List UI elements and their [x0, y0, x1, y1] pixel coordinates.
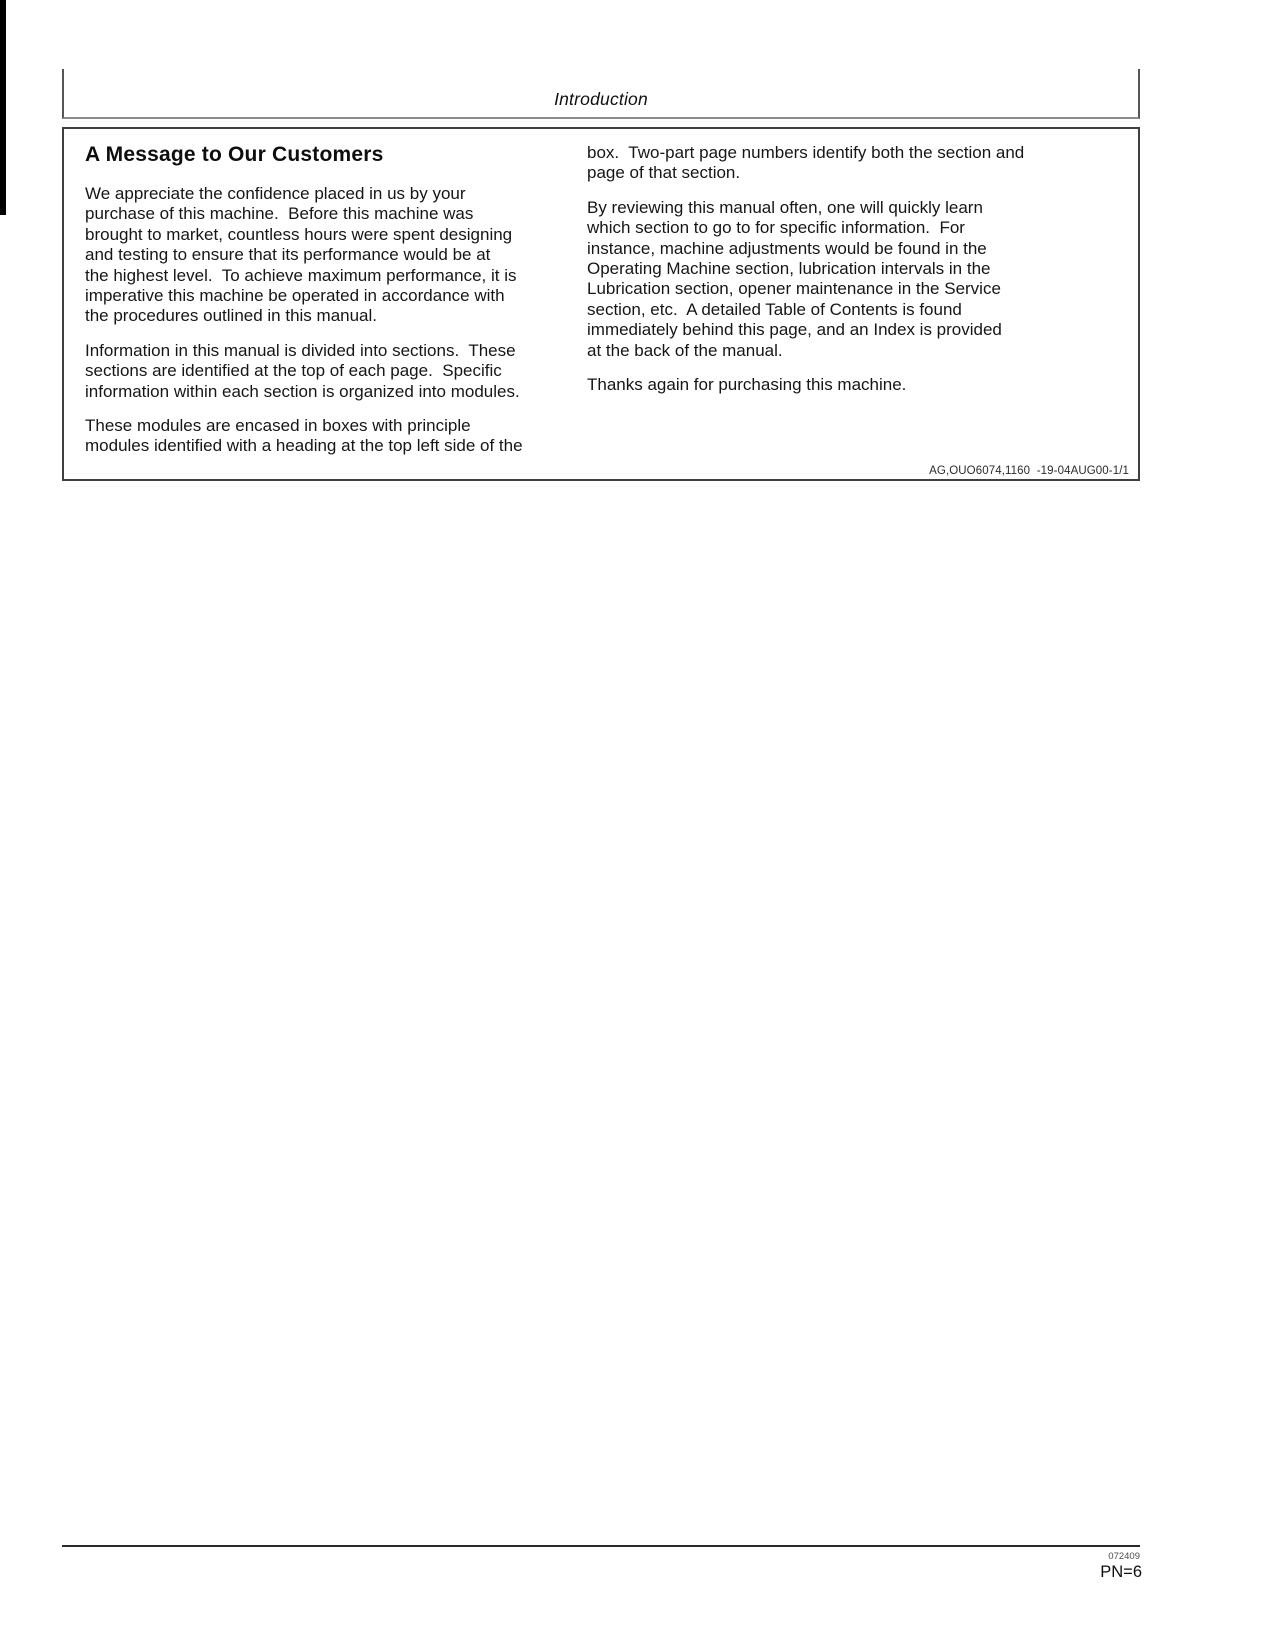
paragraph: These modules are encased in boxes with … [85, 416, 568, 457]
paragraph: We appreciate the confidence placed in u… [85, 184, 568, 327]
paragraph: box. Two-part page numbers identify both… [587, 143, 1109, 184]
left-column: A Message to Our Customers We appreciate… [85, 143, 568, 479]
running-header: Introduction [62, 69, 1140, 119]
paragraph: Information in this manual is divided in… [85, 341, 568, 402]
footer-rule [62, 1545, 1140, 1547]
paragraph: By reviewing this manual often, one will… [587, 198, 1109, 361]
manual-page: Introduction A Message to Our Customers … [0, 0, 1275, 1650]
message-box-content: A Message to Our Customers We appreciate… [64, 129, 1138, 479]
module-title: A Message to Our Customers [85, 143, 568, 167]
message-module-box: A Message to Our Customers We appreciate… [62, 127, 1140, 481]
paragraph: Thanks again for purchasing this machine… [587, 375, 1109, 395]
page-edge-registration-mark [0, 0, 6, 215]
section-header-title: Introduction [554, 89, 648, 110]
right-column: box. Two-part page numbers identify both… [587, 143, 1109, 479]
footer-page-number: PN=6 [1100, 1563, 1142, 1582]
module-document-code: AG,OUO6074,1160 -19-04AUG00-1/1 [929, 465, 1129, 477]
footer-print-code: 072409 [1108, 1551, 1140, 1562]
